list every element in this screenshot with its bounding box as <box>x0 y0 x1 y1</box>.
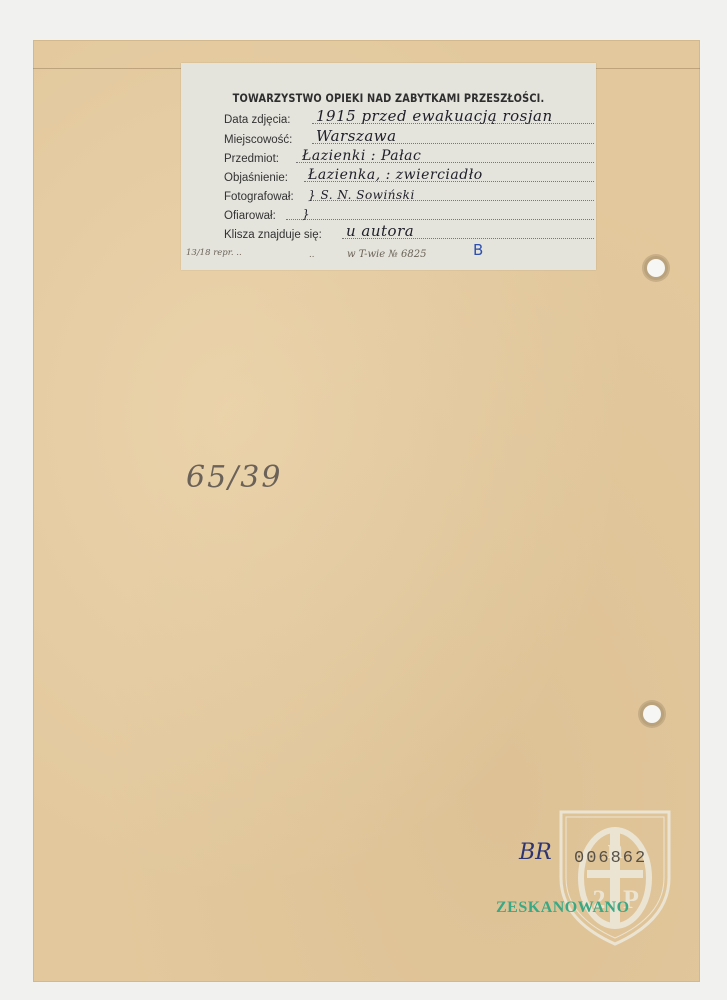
field-value: Warszawa <box>316 127 397 145</box>
field-label: Ofiarował: <box>224 210 276 222</box>
field-label: Fotografował: <box>224 191 294 203</box>
dotted-line <box>286 219 594 220</box>
field-value: u autora <box>346 222 414 240</box>
field-description: Objaśnienie: Łazienka, : zwierciadło <box>224 167 594 185</box>
pencil-note-right: w T-wie № 6825 <box>347 249 426 260</box>
pencil-number: 65/39 <box>186 460 282 495</box>
field-place: Miejscowość: Warszawa <box>224 129 594 147</box>
field-label: Miejscowość: <box>224 134 292 146</box>
field-value: 1915 przed ewakuacją rosjan <box>316 107 553 125</box>
field-value: } S. N. Sowiński <box>308 188 415 202</box>
cardboard-mount: TOWARZYSTWO OPIEKI NAD ZABYTKAMI PRZESZŁ… <box>33 40 700 982</box>
field-donor: Ofiarował: } <box>224 205 594 223</box>
label-card: TOWARZYSTWO OPIEKI NAD ZABYTKAMI PRZESZŁ… <box>181 63 596 270</box>
card-title: TOWARZYSTWO OPIEKI NAD ZABYTKAMI PRZESZŁ… <box>212 91 565 105</box>
catalog-mark: BR <box>519 840 552 865</box>
field-label: Przedmiot: <box>224 153 279 165</box>
field-date: Data zdjęcia: 1915 przed ewakuacją rosja… <box>224 109 594 127</box>
punch-hole-bottom <box>643 705 661 723</box>
library-emblem-icon: n 2 P <box>557 808 673 948</box>
pencil-note-middle: .. <box>309 250 314 260</box>
field-subject: Przedmiot: Łazienki : Pałac <box>224 148 594 166</box>
scanned-stamp: ZESKANOWANO <box>496 899 630 917</box>
blue-ink-letter: B <box>473 241 483 259</box>
inventory-number: 006862 <box>574 849 647 868</box>
punch-hole-top <box>647 259 665 277</box>
field-negative-location: Klisza znajduje się: u autora <box>224 224 594 242</box>
field-label: Klisza znajduje się: <box>224 229 322 241</box>
field-value: } <box>302 207 310 221</box>
field-value: Łazienka, : zwierciadło <box>308 167 483 183</box>
field-value: Łazienki : Pałac <box>302 148 421 164</box>
field-label: Objaśnienie: <box>224 172 288 184</box>
field-label: Data zdjęcia: <box>224 114 290 126</box>
pencil-note-left: 13/18 repr. .. <box>186 248 242 258</box>
field-photographer: Fotografował: } S. N. Sowiński <box>224 186 594 204</box>
